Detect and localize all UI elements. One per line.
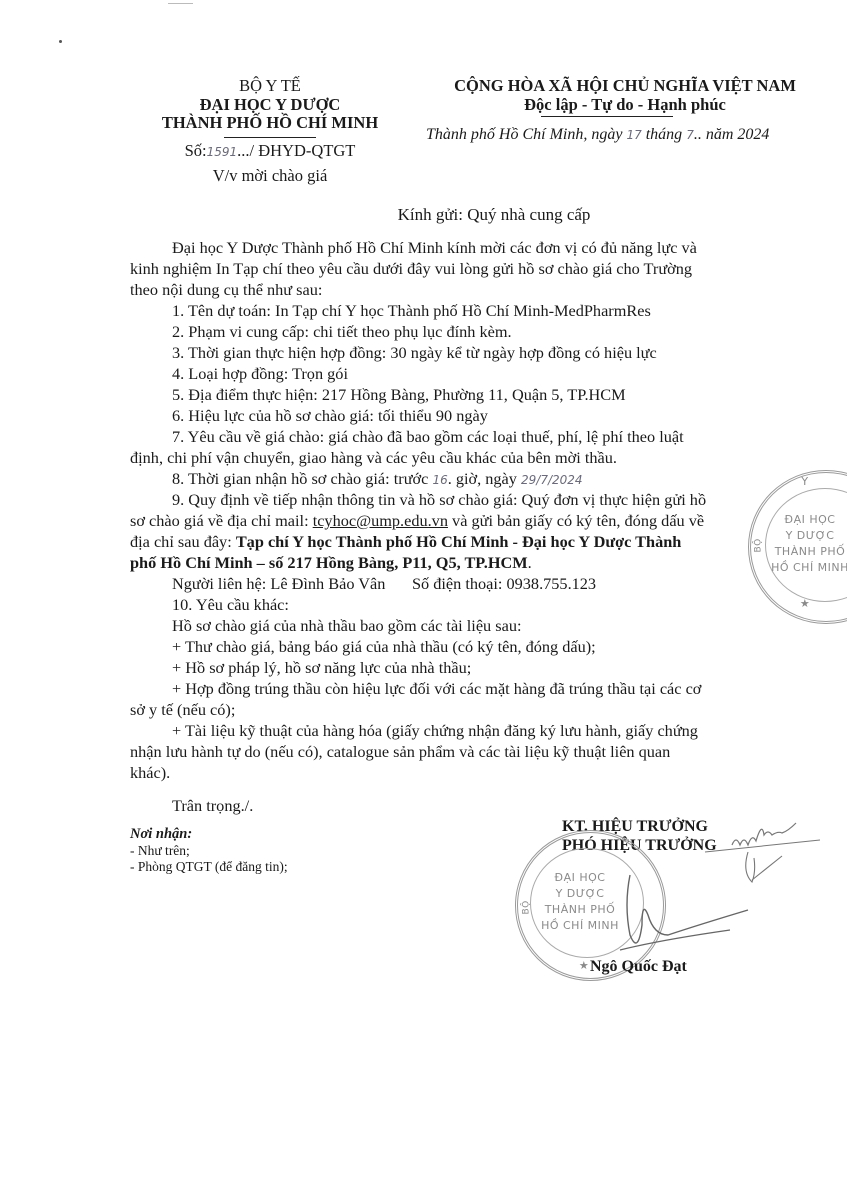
stamp-line-3: THÀNH PHỐ: [760, 544, 847, 559]
item-7-line-1: 7. Yêu cầu về giá chào: giá chào đã bao …: [172, 426, 684, 447]
item-10-title: 10. Yêu cầu khác:: [172, 594, 289, 615]
ref-dots: ...: [237, 141, 249, 160]
ref-suffix: / ĐHYD-QTGT: [250, 141, 356, 160]
ref-number-handwritten: 1591: [207, 145, 238, 159]
doc-2: + Hồ sơ pháp lý, hồ sơ năng lực của nhà …: [172, 657, 471, 678]
recipient-2: - Phòng QTGT (để đăng tin);: [130, 859, 288, 875]
year-label: năm 2024: [706, 126, 770, 143]
item-8-middle: . giờ, ngày: [448, 469, 517, 488]
journal-address-bold-2: phố Hồ Chí Minh – số 217 Hồng Bàng, P11,…: [130, 553, 528, 572]
recipient-1: - Như trên;: [130, 843, 190, 859]
signatory-name: Ngô Quốc Đạt: [590, 958, 687, 976]
item-9-line-2: sơ chào giá về địa chỉ mail: tcyhoc@ump.…: [130, 510, 704, 531]
intro-line-3: theo nội dung cụ thể như sau:: [130, 279, 322, 300]
university-name-line2: THÀNH PHỐ HỒ CHÍ MINH: [140, 113, 400, 133]
subject-line: V/v mời chào giá: [140, 166, 400, 186]
scan-speck: [59, 40, 62, 43]
university-name-line1: ĐẠI HỌC Y DƯỢC: [140, 95, 400, 115]
deadline-hour-handwritten: 16: [432, 473, 447, 487]
day-handwritten: 17: [626, 128, 641, 142]
item-10-intro: Hồ sơ chào giá của nhà thầu bao gồm các …: [172, 615, 522, 636]
item-2: 2. Phạm vi cung cấp: chi tiết theo phụ l…: [172, 321, 512, 342]
header-underline-left: [224, 137, 316, 138]
doc-4-line-1: + Tài liệu kỹ thuật của hàng hóa (giấy c…: [172, 720, 698, 741]
item-9-line-2-prefix: sơ chào giá về địa chỉ mail:: [130, 511, 309, 530]
item-8-prefix: 8. Thời gian nhận hồ sơ chào giá: trước: [172, 469, 428, 488]
contact-phone: Số điện thoại: 0938.755.123: [412, 573, 596, 594]
handwritten-signature: [500, 800, 840, 980]
item-5: 5. Địa điểm thực hiện: 217 Hồng Bàng, Ph…: [172, 384, 626, 405]
journal-address-bold-1: Tạp chí Y học Thành phố Hồ Chí Minh - Đạ…: [236, 532, 682, 551]
email-link[interactable]: tcyhoc@ump.edu.vn: [313, 511, 448, 530]
doc-4-line-3: khác).: [130, 762, 170, 783]
item-6: 6. Hiệu lực của hồ sơ chào giá: tối thiể…: [172, 405, 488, 426]
stamp-line-4: HỒ CHÍ MINH: [760, 560, 847, 575]
national-motto: Độc lập - Tự do - Hạnh phúc: [420, 95, 830, 115]
item-9-line-3-prefix: địa chỉ sau đây:: [130, 532, 232, 551]
item-9-line-3: địa chỉ sau đây: Tạp chí Y học Thành phố…: [130, 531, 681, 552]
ref-prefix: Số:: [185, 141, 207, 160]
deadline-date-handwritten: 29/7/2024: [521, 473, 583, 487]
item-9-line-4-end: .: [528, 553, 532, 572]
item-9-line-2-suffix: và gửi bản giấy có ký tên, đóng dấu về: [452, 511, 704, 530]
issue-date: Thành phố Hồ Chí Minh, ngày 17 tháng 7..…: [426, 126, 769, 144]
header-underline-right: [541, 116, 673, 117]
item-4: 4. Loại hợp đồng: Trọn gói: [172, 363, 348, 384]
stamp-star-icon: ★: [795, 596, 815, 611]
month-handwritten: 7: [686, 128, 694, 142]
stamp-top-letter: Y: [790, 474, 820, 489]
item-9-line-1: 9. Quy định về tiếp nhận thông tin và hồ…: [172, 489, 706, 510]
doc-4-line-2: nhận lưu hành tự do (nếu có), catalogue …: [130, 741, 670, 762]
item-7-line-2: định, chi phí vận chuyển, giao hàng và c…: [130, 447, 617, 468]
closing: Trân trọng./.: [172, 795, 253, 816]
recipients-title: Nơi nhận:: [130, 826, 192, 843]
stamp-line-1: ĐẠI HỌC: [760, 512, 847, 527]
doc-3-line-1: + Hợp đồng trúng thầu còn hiệu lực đối v…: [172, 678, 701, 699]
ministry-name: BỘ Y TẾ: [140, 76, 400, 96]
month-label: tháng: [646, 126, 682, 143]
doc-3-line-2: sở y tế (nếu có);: [130, 699, 235, 720]
salutation: Kính gửi: Quý nhà cung cấp: [120, 205, 840, 225]
date-prefix: Thành phố Hồ Chí Minh, ngày: [426, 126, 622, 143]
stamp-line-2: Y DƯỢC: [760, 528, 847, 543]
item-9-line-4: phố Hồ Chí Minh – số 217 Hồng Bàng, P11,…: [130, 552, 532, 573]
national-title: CỘNG HÒA XÃ HỘI CHỦ NGHĨA VIỆT NAM: [420, 76, 830, 96]
item-3: 3. Thời gian thực hiện hợp đồng: 30 ngày…: [172, 342, 657, 363]
intro-line-1: Đại học Y Dược Thành phố Hồ Chí Minh kín…: [172, 237, 697, 258]
reference-number: Số:1591.../ ĐHYD-QTGT: [140, 141, 400, 161]
scan-mark: [168, 3, 193, 4]
item-8: 8. Thời gian nhận hồ sơ chào giá: trước …: [172, 468, 583, 491]
contact-person: Người liên hệ: Lê Đình Bảo Vân: [172, 573, 385, 594]
item-1: 1. Tên dự toán: In Tạp chí Y học Thành p…: [172, 300, 651, 321]
doc-1: + Thư chào giá, bảng báo giá của nhà thầ…: [172, 636, 596, 657]
intro-line-2: kinh nghiệm In Tạp chí theo yêu cầu dưới…: [130, 258, 692, 279]
